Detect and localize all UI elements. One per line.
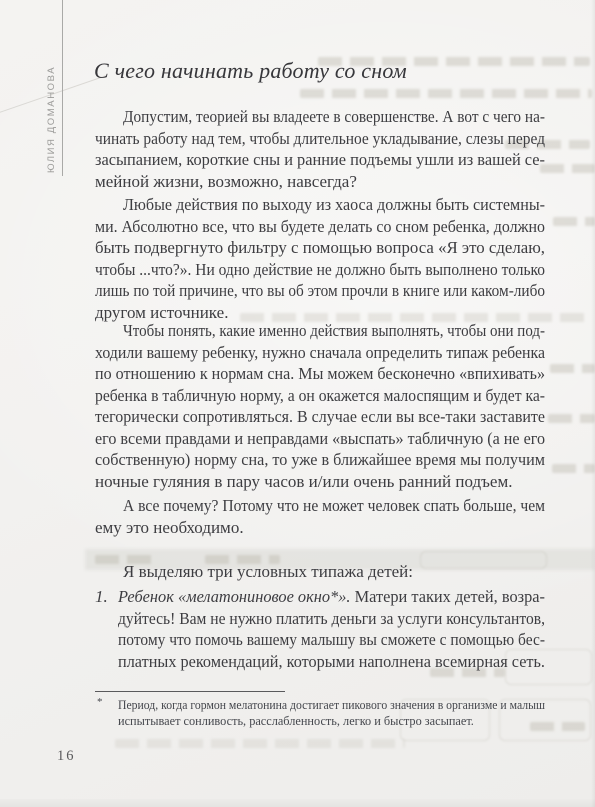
text-line: тегорически сопротивляться. В случае есл… [95, 406, 545, 428]
scan-right-edge [591, 0, 595, 807]
text-line: ночные гуляния в пару часов и/или очень … [95, 471, 545, 493]
body-paragraph: Любые действия по выходу из хаоса должны… [95, 194, 545, 323]
body-paragraph: А все почему? Потому что не может челове… [95, 495, 545, 538]
scan-bottom-edge [0, 799, 595, 807]
bleedthrough-text [550, 364, 595, 373]
text-line: его всеми правдами и неправдами «выспать… [95, 428, 545, 450]
text-line: Период, когда гормон мелатонина достигае… [118, 698, 545, 714]
text-line: дуйтесь! Вам не нужно платить деньги за … [118, 608, 545, 630]
body-paragraph: Допустим, теорией вы владеете в совершен… [95, 106, 545, 192]
text-line: собственную) норму сна, то уже в ближайш… [95, 449, 545, 471]
list-intro-line: Я выделяю три условных типажа детей: [95, 561, 573, 583]
text-line: потому что помочь вашему малышу вы сможе… [118, 629, 545, 651]
book-page: ЮЛИЯ ДОМАНОВА С чего начинать работу со … [0, 0, 595, 807]
text-line: А все почему? Потому что не может челове… [95, 495, 545, 517]
footnote: * Период, когда гормон мелатонина достиг… [95, 698, 545, 729]
text-line: Ребенок «мелатониновое окно*». Матери та… [118, 586, 545, 608]
list-item: 1. Ребенок «мелатониновое окно*». Матери… [95, 586, 545, 672]
text-line: чтобы ...что?». Ни одно действие не долж… [95, 259, 545, 281]
list-item-marker: 1. [95, 586, 108, 608]
chapter-title: С чего начинать работу со сном [94, 58, 554, 84]
text-line: ребенка в табличную норму, а он окажется… [95, 385, 545, 407]
text-line: быть подвергнуто фильтру с помощью вопро… [95, 237, 545, 259]
bleedthrough-text [540, 164, 595, 173]
text-line: ходили вашему ребенку, нужно сначала опр… [95, 342, 545, 364]
text-line: Любые действия по выходу из хаоса должны… [95, 194, 545, 216]
text-line: лишь по той причине, что вы об этом проч… [95, 280, 545, 302]
page-number: 16 [57, 748, 76, 765]
list-item-first-line-rest: Матери таких детей, возра- [355, 587, 545, 606]
bleedthrough-text [548, 414, 595, 423]
footnote-marker: * [97, 695, 103, 711]
list-item-lead: Ребенок «мелатониновое окно*». [118, 587, 350, 606]
text-line: испытывает сонливость, расслабленность, … [118, 714, 545, 730]
bleedthrough-text [115, 739, 405, 748]
text-line: засыпанием, короткие сны и ранние подъем… [95, 149, 545, 171]
text-line: Чтобы понять, какие именно действия выпо… [95, 320, 545, 342]
text-line: ему это необходимо. [95, 517, 545, 539]
bleedthrough-text [300, 89, 592, 98]
footnote-rule [95, 691, 285, 692]
numbered-list: 1. Ребенок «мелатониновое окно*». Матери… [95, 586, 545, 672]
text-line: ми. Абсолютно все, что вы будете делать … [95, 216, 545, 238]
text-line: Допустим, теорией вы владеете в совершен… [95, 106, 545, 128]
text-line: чинать работу над тем, чтобы длительное … [95, 128, 545, 150]
bleedthrough-text [552, 464, 595, 473]
author-vertical-label: ЮЛИЯ ДОМАНОВА [46, 61, 57, 173]
sidebar-rule [62, 0, 63, 176]
list-item-body: Ребенок «мелатониновое окно*». Матери та… [118, 586, 545, 672]
text-line: платных рекомендаций, которыми наполнена… [118, 651, 545, 673]
footnote-body: Период, когда гормон мелатонина достигае… [118, 698, 545, 729]
list-item-lines: дуйтесь! Вам не нужно платить деньги за … [118, 608, 545, 673]
text-line: мейной жизни, возможно, навсегда? [95, 171, 545, 193]
text-line: по отношению к нормам сна. Мы можем беск… [95, 363, 545, 385]
body-paragraph: Чтобы понять, какие именно действия выпо… [95, 320, 545, 492]
bleedthrough-text [553, 217, 595, 226]
